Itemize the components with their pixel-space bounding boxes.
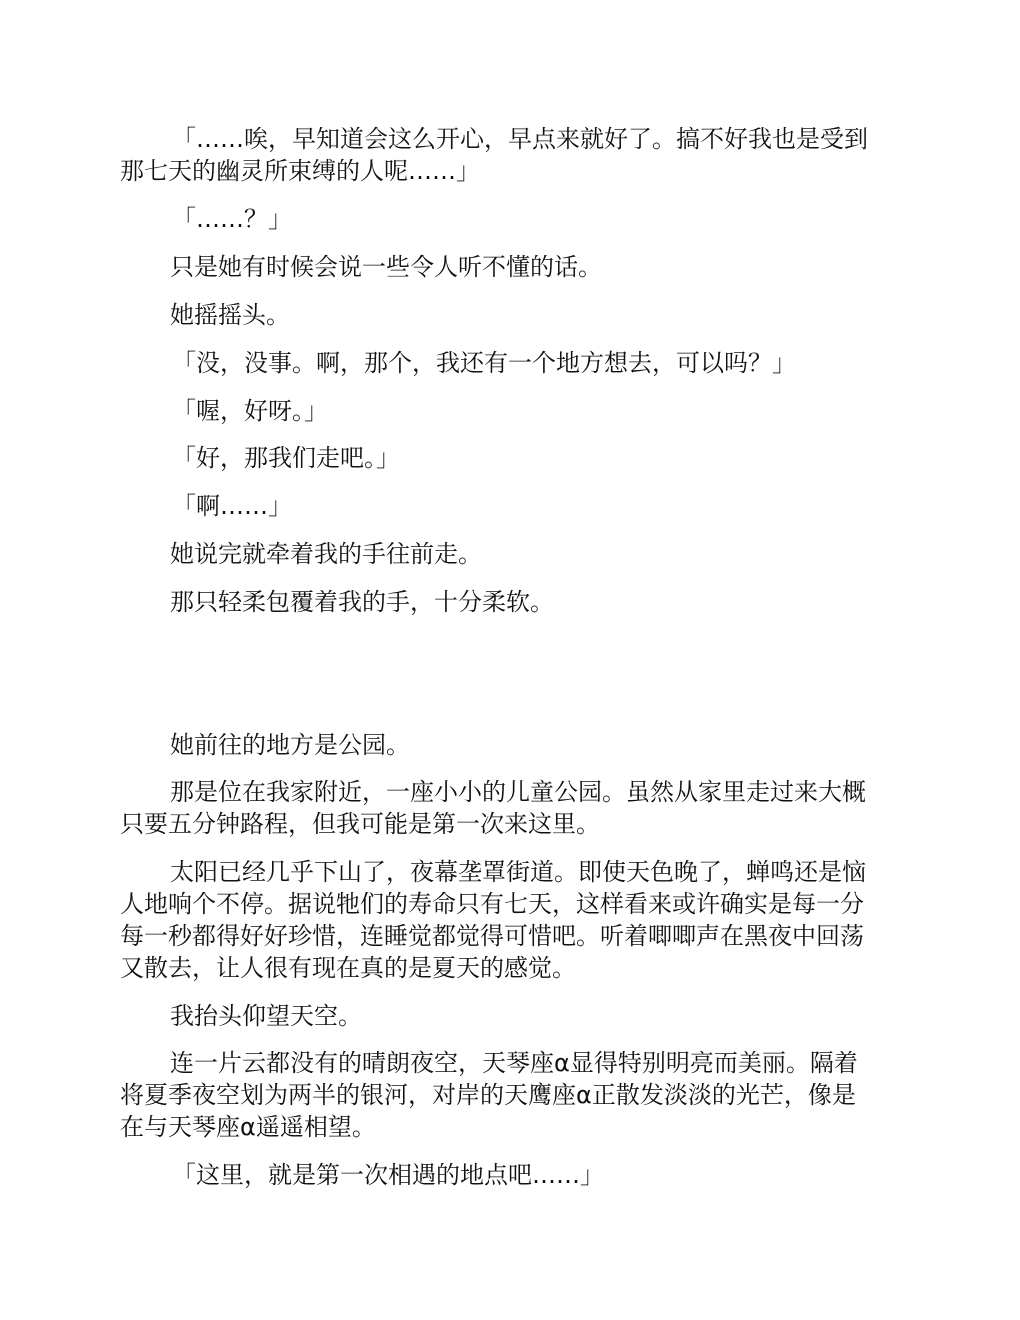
text-line: 太阳已经几乎下山了，夜幕垄罩街道。即使天色晚了，蝉鸣还是恼 (170, 857, 866, 887)
text-line: 她前往的地方是公园。 (170, 730, 410, 760)
text-line: 在与天琴座α遥遥相望。 (120, 1112, 376, 1142)
text-line: 「……唉，早知道会这么开心，早点来就好了。搞不好我也是受到 (172, 124, 868, 154)
text-line: 我抬头仰望天空。 (170, 1001, 362, 1031)
text-line: 「喔，好呀。」 (172, 396, 328, 426)
text-line: 每一秒都得好好珍惜，连睡觉都觉得可惜吧。听着唧唧声在黑夜中回荡 (120, 921, 864, 951)
text-line: 「……？」 (172, 204, 292, 234)
text-line: 只要五分钟路程，但我可能是第一次来这里。 (120, 809, 600, 839)
text-line: 她说完就牵着我的手往前走。 (170, 539, 482, 569)
text-line: 「没，没事。啊，那个，我还有一个地方想去，可以吗？」 (172, 348, 796, 378)
text-line: 「好，那我们走吧。」 (172, 443, 400, 473)
text-line: 那七天的幽灵所束缚的人呢……」 (120, 156, 480, 186)
text-line: 将夏季夜空划为两半的银河，对岸的天鹰座α正散发淡淡的光芒，像是 (120, 1080, 856, 1110)
text-line: 只是她有时候会说一些令人听不懂的话。 (170, 252, 602, 282)
text-line: 那只轻柔包覆着我的手，十分柔软。 (170, 587, 554, 617)
text-line: 人地响个不停。据说牠们的寿命只有七天，这样看来或许确实是每一分 (120, 889, 864, 919)
text-line: 她摇摇头。 (170, 300, 290, 330)
text-line: 连一片云都没有的晴朗夜空，天琴座α显得特别明亮而美丽。隔着 (170, 1048, 858, 1078)
text-line: 又散去，让人很有现在真的是夏天的感觉。 (120, 953, 576, 983)
text-line: 「啊……」 (172, 491, 292, 521)
text-line: 那是位在我家附近，一座小小的儿童公园。虽然从家里走过来大概 (170, 777, 866, 807)
text-line: 「这里，就是第一次相遇的地点吧……」 (172, 1160, 604, 1190)
